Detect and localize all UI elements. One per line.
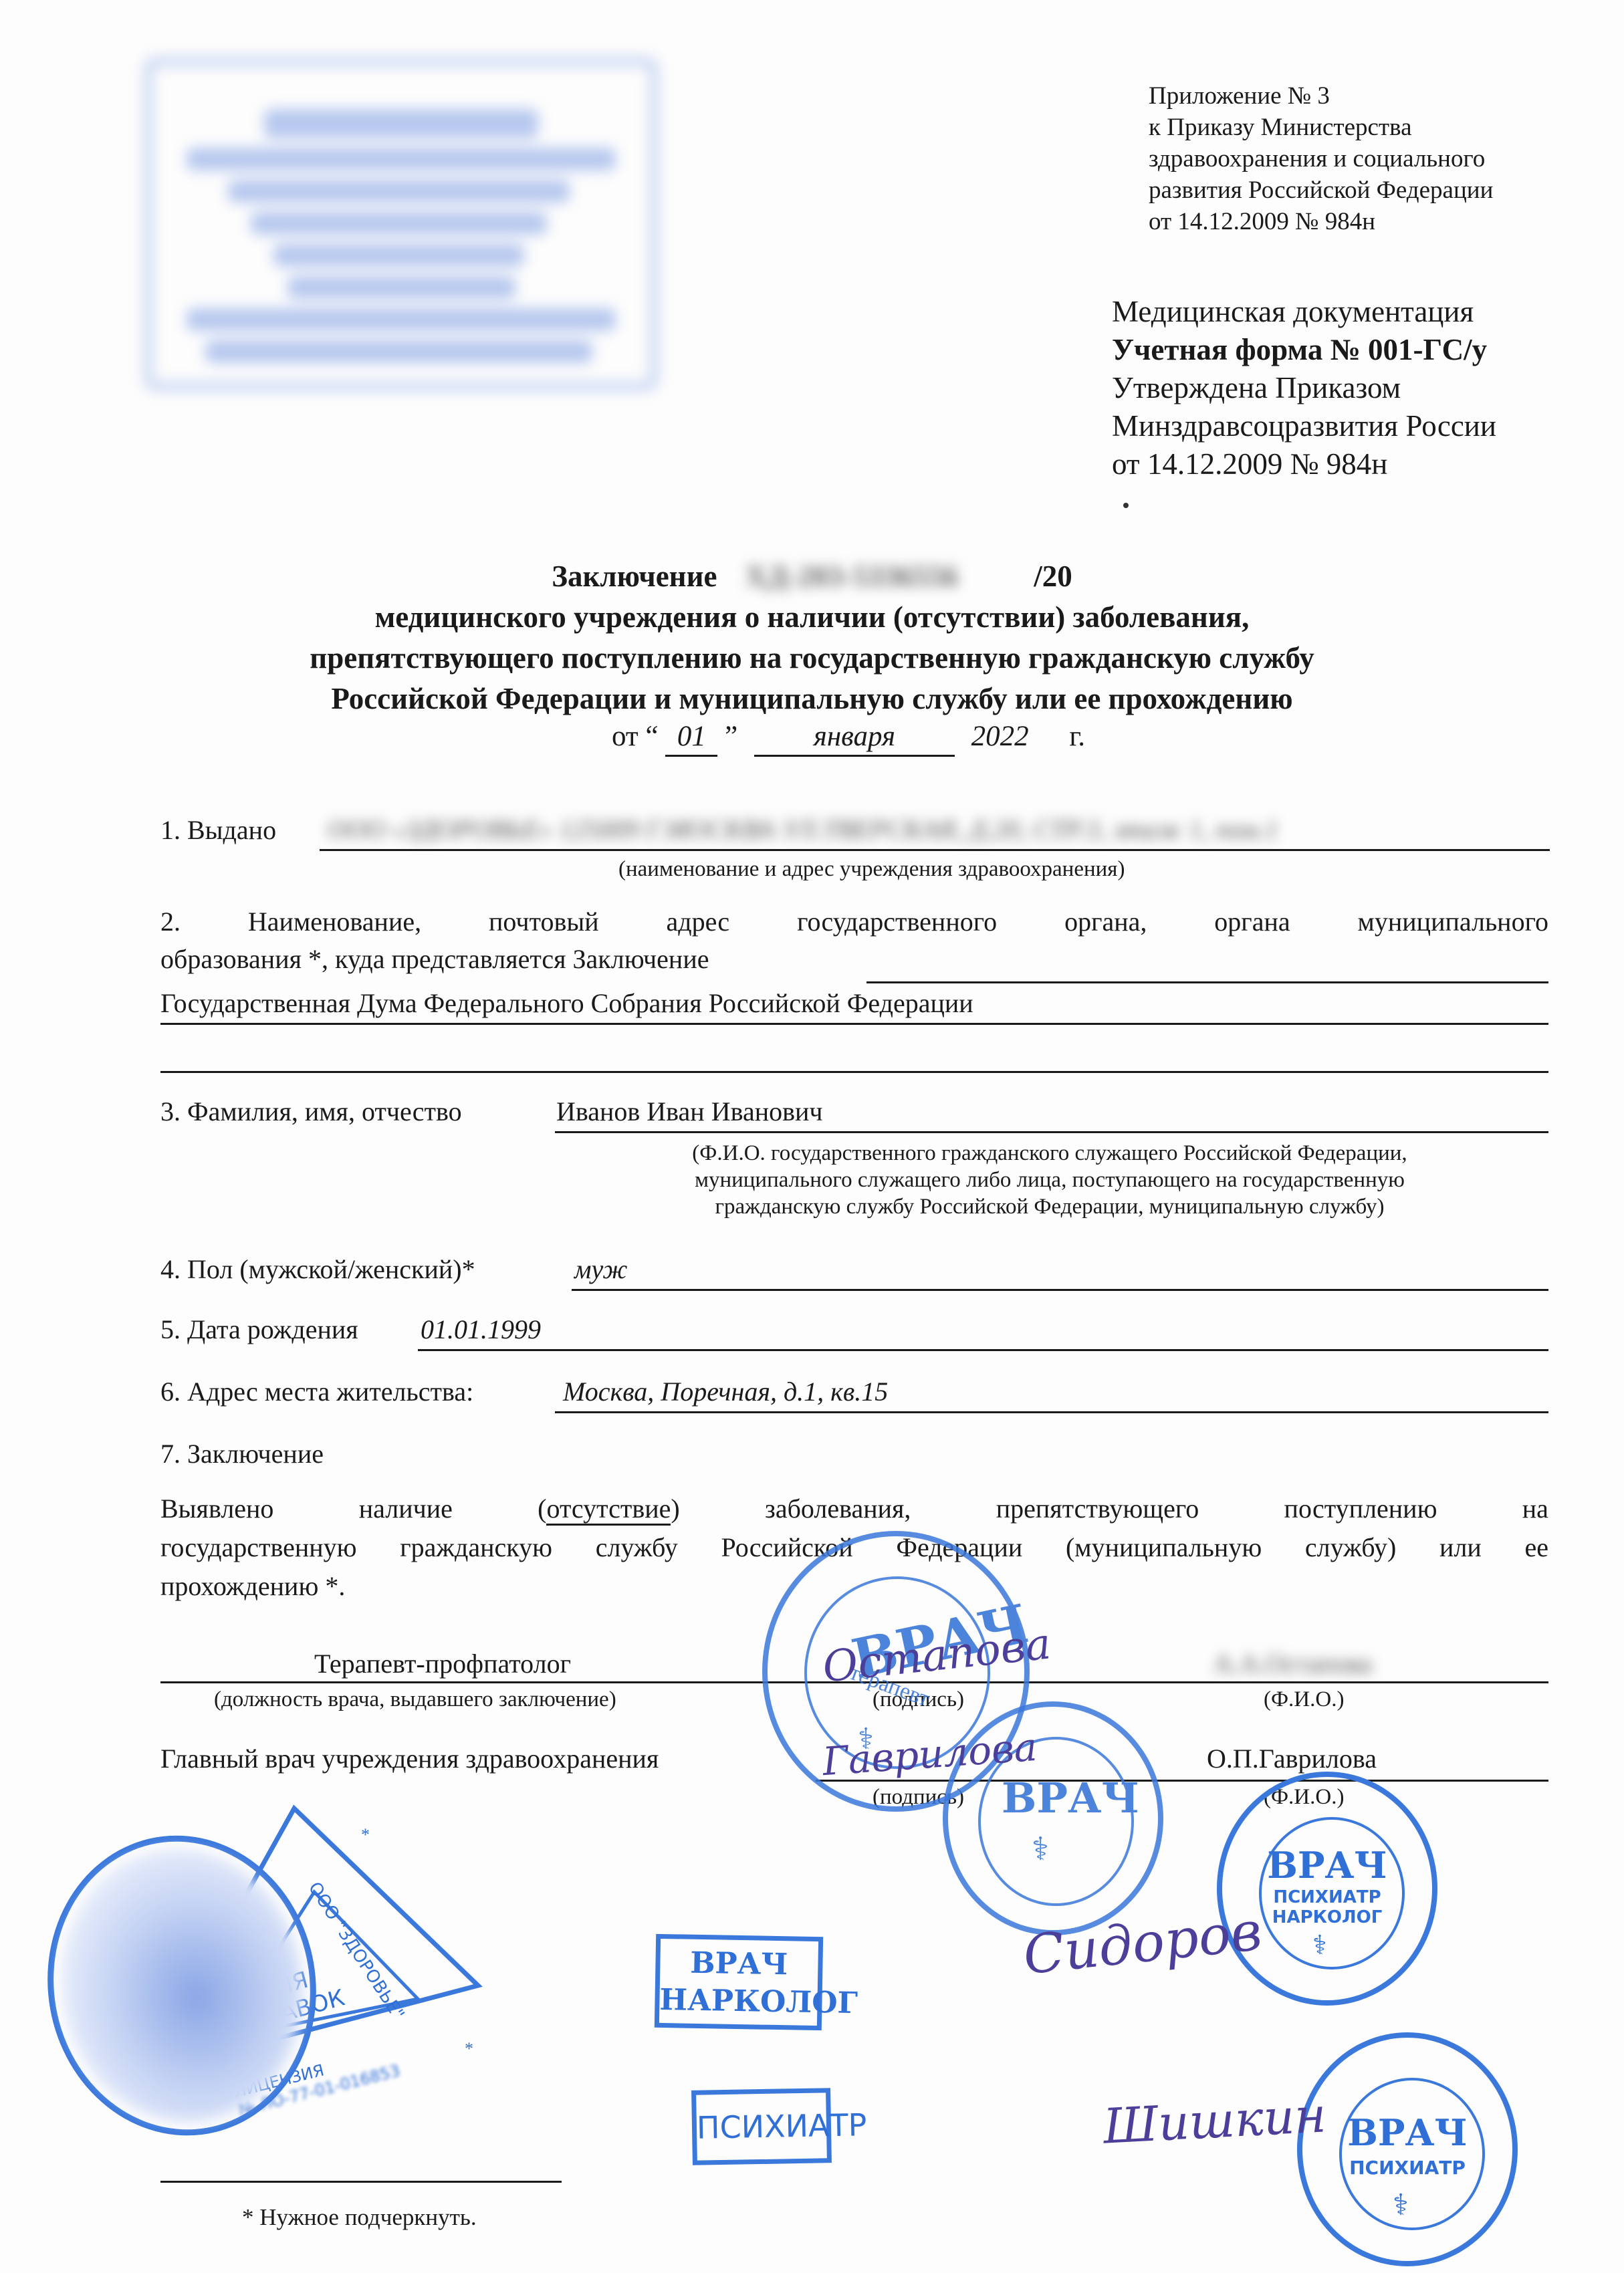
address-field[interactable]: Москва, Поречная, д.1, кв.15 bbox=[555, 1374, 1548, 1413]
footnote-divider bbox=[160, 2181, 562, 2183]
appendix-line: к Приказу Министерства bbox=[1149, 112, 1493, 143]
footnote: * Нужное подчеркнуть. bbox=[242, 2199, 477, 2236]
conclusion-line-3: прохождению *. bbox=[160, 1568, 345, 1604]
shishkin-handwritten-signature: Шишкин bbox=[1102, 2086, 1327, 2154]
date-day: 01 bbox=[665, 719, 717, 757]
blurred-organization-stamp bbox=[144, 57, 659, 391]
full-name-hint-line: гражданскую службу Российской Федерации,… bbox=[575, 1193, 1524, 1220]
appendix-line: развития Российской Федерации bbox=[1149, 174, 1493, 206]
full-name-hint-line: муниципального служащего либо лица, пост… bbox=[575, 1167, 1524, 1193]
date-quote: ” bbox=[725, 721, 737, 752]
recipient-label-line1: 2. Наименование, почтовый адрес государс… bbox=[160, 904, 1548, 940]
stamp-line: ПСИХИАТР bbox=[696, 2092, 827, 2160]
recipient-field-line1[interactable] bbox=[866, 944, 1548, 983]
conclusion-word: Выявлено bbox=[160, 1491, 273, 1527]
conclusion-word: наличие bbox=[359, 1491, 453, 1527]
full-name-value: Иванов Иван Иванович bbox=[556, 1094, 823, 1130]
conclusion-word: заболевания, bbox=[765, 1491, 911, 1527]
sex-label: 4. Пол (мужской/женский)* bbox=[160, 1251, 475, 1288]
recipient-field-line3[interactable] bbox=[160, 1034, 1548, 1073]
paren: ( bbox=[538, 1493, 546, 1524]
date-suffix: г. bbox=[1069, 721, 1085, 752]
title-suffix: /20 bbox=[1034, 560, 1072, 593]
conclusion-word: поступлению bbox=[1284, 1491, 1437, 1527]
form-header: Медицинская документация Учетная форма №… bbox=[1112, 293, 1496, 483]
conclusion-word: препятствующего bbox=[996, 1491, 1199, 1527]
narcologist-rect-stamp: ВРАЧ НАРКОЛОГ bbox=[655, 1934, 823, 2030]
appendix-line: Приложение № 3 bbox=[1149, 80, 1493, 112]
birth-date-field[interactable]: 01.01.1999 bbox=[418, 1312, 1548, 1351]
recipient-label-line2: образования *, куда представляется Заклю… bbox=[160, 941, 709, 977]
chief-position: Главный врач учреждения здравоохранения bbox=[160, 1741, 659, 1777]
address-label: 6. Адрес места жительства: bbox=[160, 1374, 473, 1410]
issued-value: ООО «ЗДОРОВЬЕ» 125009 Г.МОСКВА УЛ.ТВЕРСК… bbox=[328, 812, 1278, 848]
appendix-note: Приложение № 3 к Приказу Министерства зд… bbox=[1149, 80, 1493, 237]
psychiatrist-rect-stamp: ПСИХИАТР bbox=[691, 2088, 832, 2165]
chief-name: О.П.Гаврилова bbox=[1207, 1741, 1377, 1777]
full-name-label: 3. Фамилия, имя, отчество bbox=[160, 1094, 462, 1130]
birth-date-label: 5. Дата рождения bbox=[160, 1312, 358, 1348]
conclusion-word: на bbox=[1522, 1491, 1548, 1527]
speck bbox=[1123, 503, 1129, 508]
caduceus-icon: ⚕ bbox=[1393, 2188, 1409, 2222]
absence-option-underlined: отсутствие bbox=[546, 1493, 671, 1526]
full-name-field[interactable]: Иванов Иван Иванович bbox=[555, 1094, 1548, 1133]
star-icon: * bbox=[465, 2039, 473, 2059]
title-line-3: препятствующего поступлению на государст… bbox=[0, 638, 1624, 679]
doctor-position: Терапевт-профпатолог bbox=[314, 1646, 571, 1682]
conclusion-label: 7. Заключение bbox=[160, 1436, 324, 1472]
issued-label: 1. Выдано bbox=[160, 812, 276, 848]
conclusion-option[interactable]: (отсутствие) bbox=[538, 1491, 680, 1527]
date-year: 2022 bbox=[971, 721, 1029, 752]
star-icon: * bbox=[361, 1825, 370, 1845]
paren: ) bbox=[671, 1493, 679, 1524]
title-line-4: Российской Федерации и муниципальную слу… bbox=[0, 679, 1624, 719]
form-header-line: Медицинская документация bbox=[1112, 293, 1496, 331]
stamp-title: ВРАЧ bbox=[1002, 1774, 1139, 1822]
issued-field[interactable]: ООО «ЗДОРОВЬЕ» 125009 Г.МОСКВА УЛ.ТВЕРСК… bbox=[320, 812, 1550, 851]
issued-hint: (наименование и адрес учреждения здравоо… bbox=[618, 856, 1125, 882]
form-number: Учетная форма № 001-ГС/у bbox=[1112, 331, 1496, 369]
address-value: Москва, Поречная, д.1, кв.15 bbox=[563, 1374, 888, 1410]
form-header-line: Утверждена Приказом bbox=[1112, 369, 1496, 407]
conclusion-line-1: Выявлено наличие (отсутствие) заболевани… bbox=[160, 1491, 1548, 1527]
title-prefix: Заключение bbox=[552, 560, 717, 593]
title-line-2: медицинского учреждения о наличии (отсут… bbox=[0, 597, 1624, 638]
document-title: Заключение ХД-203-5336556 /20 медицинско… bbox=[0, 556, 1624, 719]
appendix-line: здравоохранения и социального bbox=[1149, 143, 1493, 174]
sex-field[interactable]: муж bbox=[572, 1251, 1548, 1291]
doctor-position-hint: (должность врача, выдавшего заключение) bbox=[214, 1686, 616, 1713]
stamp-line: ПСИХИАТР bbox=[1302, 2157, 1512, 2179]
sex-value: муж bbox=[574, 1251, 628, 1288]
stamp-title: ВРАЧ bbox=[1222, 1844, 1432, 1887]
date-month: января bbox=[754, 719, 955, 757]
stamp-line: НАРКОЛОГ bbox=[659, 1982, 818, 2022]
doctor-name-hint: (Ф.И.О.) bbox=[1264, 1686, 1344, 1713]
caduceus-icon: ⚕ bbox=[1032, 1830, 1049, 1868]
stamp-line: ВРАЧ bbox=[660, 1944, 818, 1984]
form-header-line: от 14.12.2009 № 984н bbox=[1112, 445, 1496, 483]
appendix-line: от 14.12.2009 № 984н bbox=[1149, 206, 1493, 237]
full-name-hint: (Ф.И.О. государственного гражданского сл… bbox=[575, 1140, 1524, 1220]
conclusion-number: ХД-203-5336556 bbox=[725, 556, 979, 597]
recipient-field-line2[interactable]: Государственная Дума Федерального Собран… bbox=[160, 985, 1548, 1025]
doctor-name: А.А.Остапова bbox=[1213, 1646, 1372, 1682]
birth-date-value: 01.01.1999 bbox=[421, 1312, 541, 1348]
title-line-1: Заключение ХД-203-5336556 /20 bbox=[0, 556, 1624, 597]
stamp-title: ВРАЧ bbox=[1302, 2111, 1512, 2154]
form-header-line: Минздравсоцразвития России bbox=[1112, 407, 1496, 445]
date-prefix: от “ bbox=[612, 721, 659, 752]
caduceus-icon: ⚕ bbox=[1312, 1929, 1327, 1961]
recipient-value: Государственная Дума Федерального Собран… bbox=[160, 985, 973, 1022]
psychiatrist-round-stamp: ВРАЧ ПСИХИАТР ⚕ bbox=[1297, 2032, 1518, 2266]
document-date: от “ 01 ” января 2022 г. bbox=[612, 719, 1085, 757]
psychiatrist-narcologist-round-stamp: ВРАЧ ПСИХИАТР НАРКОЛОГ ⚕ bbox=[1217, 1772, 1437, 2006]
full-name-hint-line: (Ф.И.О. государственного гражданского сл… bbox=[575, 1140, 1524, 1167]
